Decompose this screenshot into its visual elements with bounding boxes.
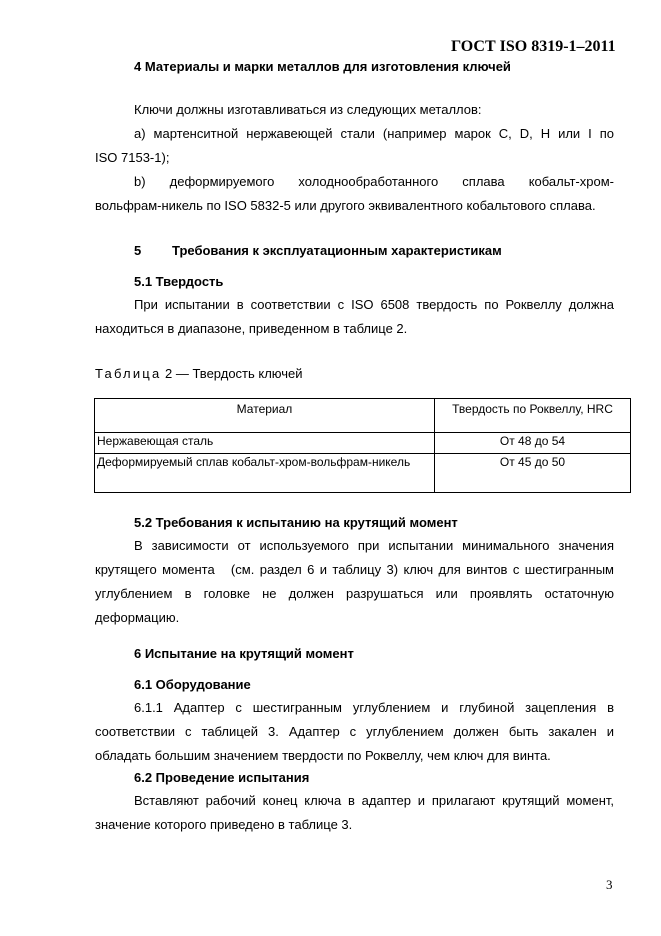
table-caption: Таблица 2 — Твердость ключей bbox=[95, 366, 303, 381]
section-6-heading: 6 Испытание на крутящий момент bbox=[134, 646, 354, 661]
section-5-number: 5 bbox=[134, 243, 141, 258]
section-6-1-1-line2: соответствии с таблицей 3. Адаптер с угл… bbox=[95, 724, 614, 739]
section-6-1-1-line1: 6.1.1 Адаптер с шестигранным углублением… bbox=[134, 700, 614, 715]
section-6-1-heading: 6.1 Оборудование bbox=[134, 677, 251, 692]
cell-material: Нержавеющая сталь bbox=[95, 433, 435, 454]
section-5-2-line3: углублением в головке не должен разрушат… bbox=[95, 586, 614, 601]
table-header-row: Материал Твердость по Роквеллу, HRC bbox=[95, 399, 631, 433]
table-caption-prefix: Таблица bbox=[95, 366, 161, 381]
section-6-2-line2: значение которого приведено в таблице 3. bbox=[95, 817, 352, 832]
section-5-1-line1: При испытании в соответствии с ISO 6508 … bbox=[134, 297, 614, 312]
header-material: Материал bbox=[95, 399, 435, 433]
cell-hardness: От 48 до 54 bbox=[435, 433, 631, 454]
cell-hardness: От 45 до 50 bbox=[435, 454, 631, 493]
section-5-2-heading: 5.2 Требования к испытанию на крутящий м… bbox=[134, 515, 458, 530]
document-id: ГОСТ ISO 8319-1–2011 bbox=[451, 38, 616, 56]
item-b-line2: вольфрам-никель по ISO 5832-5 или другог… bbox=[95, 198, 596, 213]
section-4-heading: 4 Материалы и марки металлов для изготов… bbox=[134, 59, 511, 74]
item-a-line1: a) мартенситной нержавеющей стали (напри… bbox=[134, 126, 614, 141]
table-row: Нержавеющая сталь От 48 до 54 bbox=[95, 433, 631, 454]
hardness-table: Материал Твердость по Роквеллу, HRC Нерж… bbox=[94, 398, 631, 493]
item-a-line2: ISO 7153-1); bbox=[95, 150, 169, 165]
section-6-1-1-line3: обладать большим значением твердости по … bbox=[95, 748, 551, 763]
header-hardness: Твердость по Роквеллу, HRC bbox=[435, 399, 631, 433]
page-number: 3 bbox=[606, 877, 613, 893]
section-6-2-line1: Вставляют рабочий конец ключа в адаптер … bbox=[134, 793, 614, 808]
section-4-intro: Ключи должны изготавливаться из следующи… bbox=[134, 102, 482, 117]
section-5-1-line2: находиться в диапазоне, приведенном в та… bbox=[95, 321, 407, 336]
section-5-2-line4: деформацию. bbox=[95, 610, 179, 625]
section-5-heading: Требования к эксплуатационным характерис… bbox=[172, 243, 502, 258]
table-row: Деформируемый сплав кобальт-хром-вольфра… bbox=[95, 454, 631, 493]
item-b-line1: b) деформируемого холоднообработанного с… bbox=[134, 174, 614, 189]
cell-material: Деформируемый сплав кобальт-хром-вольфра… bbox=[95, 454, 435, 493]
section-5-1-heading: 5.1 Твердость bbox=[134, 274, 223, 289]
section-5-2-line1: В зависимости от используемого при испыт… bbox=[134, 538, 614, 553]
section-6-2-heading: 6.2 Проведение испытания bbox=[134, 770, 309, 785]
section-5-2-line2: крутящего момента (см. раздел 6 и таблиц… bbox=[95, 562, 614, 577]
table-caption-text: 2 — Твердость ключей bbox=[161, 366, 302, 381]
